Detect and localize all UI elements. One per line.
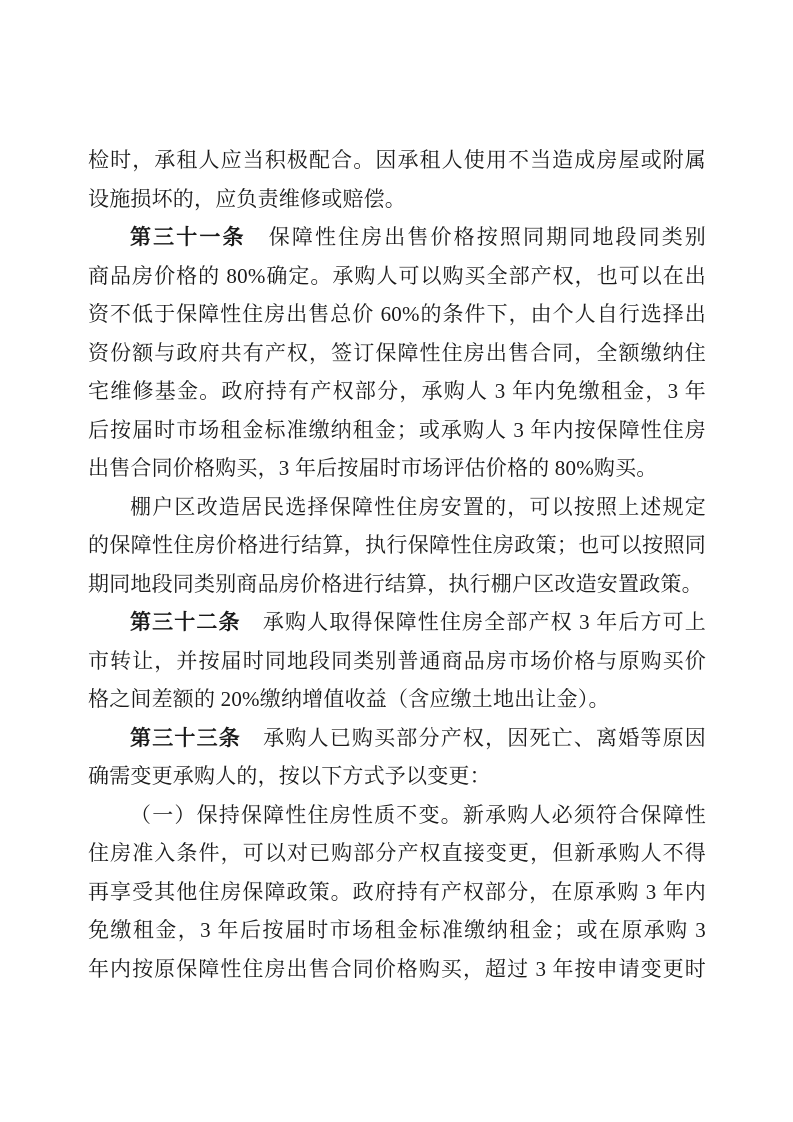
article-heading: 第三十二条 <box>130 610 241 634</box>
document-page: 检时，承租人应当积极配合。因承租人使用不当造成房屋或附属设施损坏的，应负责维修或… <box>0 0 793 1122</box>
article-heading: 第三十三条 <box>130 726 241 750</box>
text-line: 年内按原保障性住房出售合同价格购买，超过 3 年按申请变更时 <box>88 950 706 989</box>
line-text: 保障性住房出售价格按照同期同地段同类别 <box>246 225 706 249</box>
text-line: 出售合同价格购买，3 年后按届时市场评估价格的 80%购买。 <box>88 449 706 488</box>
text-line: 确需变更承购人的，按以下方式予以变更： <box>88 757 706 796</box>
text-line: 的保障性住房价格进行结算，执行保障性住房政策；也可以按照同 <box>88 526 706 565</box>
text-line: 资份额与政府共有产权，签订保障性住房出售合同，全额缴纳住 <box>88 334 706 373</box>
text-line: 第三十一条 保障性住房出售价格按照同期同地段同类别 <box>88 218 706 257</box>
text-line: 资不低于保障性住房出售总价 60%的条件下，由个人自行选择出 <box>88 295 706 334</box>
document-body: 检时，承租人应当积极配合。因承租人使用不当造成房屋或附属设施损坏的，应负责维修或… <box>88 141 706 988</box>
text-line: 检时，承租人应当积极配合。因承租人使用不当造成房屋或附属 <box>88 141 706 180</box>
text-line: 再享受其他住房保障政策。政府持有产权部分，在原承购 3 年内 <box>88 873 706 912</box>
text-line: 宅维修基金。政府持有产权部分，承购人 3 年内免缴租金，3 年 <box>88 372 706 411</box>
text-line: 第三十二条 承购人取得保障性住房全部产权 3 年后方可上 <box>88 603 706 642</box>
text-line: 后按届时市场租金标准缴纳租金；或承购人 3 年内按保障性住房 <box>88 411 706 450</box>
text-line: 市转让，并按届时同地段同类别普通商品房市场价格与原购买价 <box>88 642 706 681</box>
line-text: 承购人取得保障性住房全部产权 3 年后方可上 <box>241 610 706 634</box>
text-line: （一）保持保障性住房性质不变。新承购人必须符合保障性 <box>88 796 706 835</box>
text-line: 棚户区改造居民选择保障性住房安置的，可以按照上述规定 <box>88 488 706 527</box>
text-line: 住房准入条件，可以对已购部分产权直接变更，但新承购人不得 <box>88 834 706 873</box>
article-heading: 第三十一条 <box>130 225 246 249</box>
text-line: 第三十三条 承购人已购买部分产权，因死亡、离婚等原因 <box>88 719 706 758</box>
line-text: 承购人已购买部分产权，因死亡、离婚等原因 <box>241 726 706 750</box>
text-line: 设施损坏的，应负责维修或赔偿。 <box>88 180 706 219</box>
text-line: 格之间差额的 20%缴纳增值收益（含应缴土地出让金）。 <box>88 680 706 719</box>
text-line: 免缴租金，3 年后按届时市场租金标准缴纳租金；或在原承购 3 <box>88 911 706 950</box>
text-line: 期同地段同类别商品房价格进行结算，执行棚户区改造安置政策。 <box>88 565 706 604</box>
text-line: 商品房价格的 80%确定。承购人可以购买全部产权，也可以在出 <box>88 257 706 296</box>
